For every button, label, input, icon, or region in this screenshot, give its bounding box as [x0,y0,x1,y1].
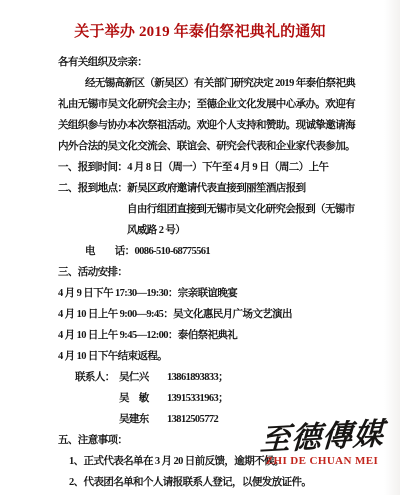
contact-name: 吴建东 [119,409,167,430]
contact-phone: 13812505772 [167,409,218,430]
contacts-label: 联系人： [75,367,119,388]
contact-phone: 13861893833； [167,367,228,388]
schedule-item: 4 月 10 日上午 9:00—9:45：吴文化惠民月广场文艺演出 [58,304,370,325]
schedule-item: 4 月 10 日上午 9:45—12:00：泰伯祭祀典礼 [58,325,370,346]
contacts-label-spacer [75,409,119,430]
contact-row: 吴 敏 13915331963； [58,388,370,409]
section-notes-heading: 五、注意事项： [58,430,370,451]
section-schedule-heading: 三、活动安排： [58,262,370,283]
notice-title: 关于举办 2019 年泰伯祭祀典礼的通知 [0,20,400,41]
intro-line: 关组织参与协办本次祭祖活动。欢迎个人支持和赞助。现诚挚邀请海 [58,115,370,136]
contacts-label-spacer [75,388,119,409]
section-registration-time: 一、报到时间：4 月 8 日（周一）下午至 4 月 9 日（周二）上午 [58,157,370,178]
note-item: 2、代表团名单和个人请报联系人登记，以便发放证件。 [58,472,370,493]
section-registration-place: 二、报到地点：新吴区政府邀请代表直接到丽笙酒店报到 [58,178,370,199]
contact-row: 吴建东 13812505772 [58,409,370,430]
salutation-line: 各有关组织及宗亲： [58,52,370,73]
note-item: 1、正式代表名单在 3 月 20 日前反馈，逾期不候。 [58,451,370,472]
contact-phone: 13915331963； [167,388,228,409]
schedule-item: 4 月 9 日下午 17:30—19:30：宗亲联谊晚宴 [58,283,370,304]
intro-line: 内外合法的吴文化交流会、联谊会、研究会代表和企业家代表参加。 [58,136,370,157]
contact-name: 吴仁兴 [119,367,167,388]
contact-name: 吴 敏 [119,388,167,409]
contact-row: 联系人： 吴仁兴 13861893833； [58,367,370,388]
notice-body: 各有关组织及宗亲： 经无锡高新区（新吴区）有关部门研究决定 2019 年泰伯祭祀… [58,52,370,493]
phone-line: 电 话：0086-510-68775561 [58,241,370,262]
registration-place-continuation: 自由行组团直接到无锡市吴文化研究会报到（无锡市 [58,199,370,220]
schedule-item: 4 月 10 日下午结束返程。 [58,346,370,367]
registration-address-line: 风威路 2 号） [58,220,370,241]
intro-line: 礼由无锡市吴文化研究会主办；至德企业文化发展中心承办。欢迎有 [58,94,370,115]
intro-line: 经无锡高新区（新吴区）有关部门研究决定 2019 年泰伯祭祀典 [58,73,370,94]
